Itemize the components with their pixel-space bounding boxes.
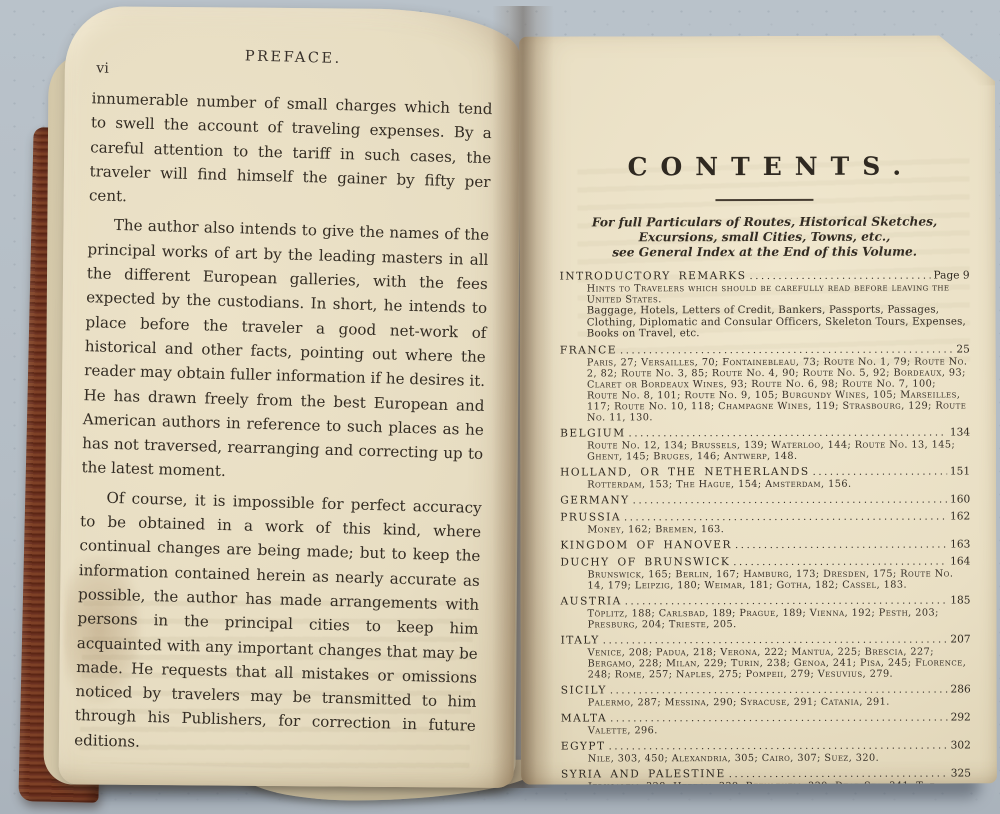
contents-title: CONTENTS. (559, 151, 969, 181)
toc-sub-entry: Rotterdam, 153; The Hague, 154; Amsterda… (560, 478, 970, 490)
preface-body: innumerable number of small charges whic… (74, 86, 493, 763)
preface-paragraph: innumerable number of small charges whic… (89, 86, 493, 218)
toc-dot-leader (610, 683, 948, 697)
toc-entry-title: AUSTRIA (560, 595, 621, 608)
toc-entry-title: INTRODUCTORY REMARKS (560, 270, 747, 283)
toc-entry-page-number: 151 (950, 465, 970, 478)
toc-entry-title: KINGDOM OF HANOVER (560, 539, 732, 552)
toc-entry-title: MALTA (561, 712, 607, 725)
toc-sub-entry: Paris, 27; Versailles, 70; Fontainebleau… (560, 356, 970, 423)
toc-dot-leader (633, 493, 947, 507)
preface-running-head: PREFACE. (93, 44, 494, 71)
toc-sub-entry: Hints to Travelers which should be caref… (560, 282, 970, 305)
preface-paragraph: Of course, it is impossible for perfect … (74, 485, 482, 763)
dog-ear-fold (937, 35, 995, 85)
toc-entry: GERMANY160 (560, 493, 970, 507)
toc-entry-page-number: Page 9 (933, 269, 969, 282)
toc-entry-page-number: 207 (950, 633, 970, 646)
toc-sub-entry: Venice, 208; Padua, 218; Verona, 222; Ma… (561, 646, 971, 680)
toc-dot-leader (603, 633, 948, 647)
toc-entry-page-number: 164 (950, 555, 970, 568)
contents-page: CONTENTS. For full Particulars of Routes… (519, 35, 997, 784)
toc-entry-row: FRANCE25 (560, 343, 970, 357)
toc-entry-row: DUCHY OF BRUNSWICK164 (560, 555, 970, 569)
toc-entry: AUSTRIA185Töplitz, 188; Carlsbad, 189; P… (560, 594, 970, 630)
toc-entry-row: EGYPT302 (561, 739, 971, 753)
toc-dot-leader (729, 767, 948, 781)
toc-dot-leader (609, 739, 948, 753)
toc-entry-page-number: 292 (951, 711, 971, 724)
preface-paragraph: The author also intends to give the name… (81, 213, 489, 491)
toc-entry-page-number: 162 (950, 510, 970, 523)
toc-entry-row: AUSTRIA185 (560, 594, 970, 608)
toc-entry: DUCHY OF BRUNSWICK164Brunswick, 165; Ber… (560, 555, 970, 591)
toc-entry: FRANCE25Paris, 27; Versailles, 70; Fonta… (560, 343, 970, 423)
contents-note-line2: see General Index at the End of this Vol… (612, 245, 917, 260)
toc-entry-row: BELGIUM134 (560, 426, 970, 440)
toc-dot-leader (610, 711, 947, 725)
toc-dot-leader (733, 555, 947, 569)
toc-entry-title: BELGIUM (560, 427, 626, 440)
toc-entry-page-number: 325 (951, 767, 971, 780)
toc-entry-title: EGYPT (561, 740, 606, 753)
toc-entry-title: ITALY (561, 634, 600, 647)
toc-entry-page-number: 160 (950, 493, 970, 506)
toc-entry-page-number: 134 (950, 426, 970, 439)
toc-entry-title: SYRIA AND PALESTINE (561, 768, 726, 781)
toc-entry: KINGDOM OF HANOVER163 (560, 538, 970, 552)
toc-entry-page-number: 302 (951, 739, 971, 752)
toc-dot-leader (620, 343, 953, 357)
toc-entry-page-number: 286 (950, 683, 970, 696)
toc-entry: INTRODUCTORY REMARKSPage 9Hints to Trave… (560, 269, 970, 340)
toc-entry-page-number: 163 (950, 538, 970, 551)
toc-entry: SICILY286Palermo, 287; Messina, 290; Syr… (561, 683, 971, 708)
toc-entry: ITALY207Venice, 208; Padua, 218; Verona,… (561, 633, 971, 680)
preface-text-block: PREFACE. vi innumerable number of small … (74, 44, 494, 768)
toc-sub-entry: Route No. 12, 134; Brussels, 139; Waterl… (560, 439, 970, 462)
toc-entry-row: SICILY286 (561, 683, 971, 697)
toc-sub-entry: Baggage, Hotels, Letters of Credit, Bank… (560, 304, 970, 340)
toc-entry-row: INTRODUCTORY REMARKSPage 9 (560, 269, 970, 283)
contents-note-line1: For full Particulars of Routes, Historic… (592, 215, 937, 245)
toc-dot-leader (749, 270, 930, 283)
toc-entry-title: DUCHY OF BRUNSWICK (560, 556, 730, 569)
toc-entry-row: PRUSSIA162 (560, 510, 970, 524)
toc-entry-row: KINGDOM OF HANOVER163 (560, 538, 970, 552)
toc-entry: EGYPT302Nile, 303, 450; Alexandria, 305;… (561, 739, 971, 764)
toc-entry-row: HOLLAND, OR THE NETHERLANDS151 (560, 465, 970, 479)
toc-sub-entry: Brunswick, 165; Berlin, 167; Hamburg, 17… (560, 568, 970, 591)
toc-sub-entry: Money, 162; Bremen, 163. (560, 523, 970, 535)
toc-entry-title: SICILY (561, 684, 607, 697)
toc-sub-entry: Palermo, 287; Messina, 290; Syracuse, 29… (561, 696, 971, 708)
toc-entry-title: GERMANY (560, 494, 629, 507)
toc-dot-leader (629, 426, 947, 440)
folio-number: vi (96, 60, 109, 76)
toc-sub-entry: Valette, 296. (561, 724, 971, 736)
toc-sub-entry: Nile, 303, 450; Alexandria, 305; Cairo, … (561, 752, 971, 764)
toc-sub-entry: Töplitz, 188; Carlsbad, 189; Prague, 189… (561, 607, 971, 630)
contents-text-block: CONTENTS. For full Particulars of Routes… (559, 151, 971, 814)
toc-entry-page-number: 25 (956, 343, 970, 356)
toc-entry-row: GERMANY160 (560, 493, 970, 507)
toc-entry: PRUSSIA162Money, 162; Bremen, 163. (560, 510, 970, 535)
contents-list: INTRODUCTORY REMARKSPage 9Hints to Trave… (560, 269, 971, 814)
toc-entry-page-number: 185 (950, 594, 970, 607)
preface-page: PREFACE. vi innumerable number of small … (59, 6, 521, 788)
toc-dot-leader (813, 465, 947, 478)
toc-dot-leader (625, 594, 948, 608)
toc-entry-title: HOLLAND, OR THE NETHERLANDS (560, 466, 809, 480)
toc-entry: MALTA292Valette, 296. (561, 711, 971, 736)
toc-entry-row: MALTA292 (561, 711, 971, 725)
title-rule (715, 199, 813, 201)
toc-entry: HOLLAND, OR THE NETHERLANDS151Rotterdam,… (560, 465, 970, 490)
toc-dot-leader (735, 538, 947, 552)
book-photo-scene: PREFACE. vi innumerable number of small … (0, 0, 1000, 814)
toc-entry-row: ITALY207 (561, 633, 971, 647)
toc-entry-row: SYRIA AND PALESTINE325 (561, 767, 971, 781)
toc-entry-title: FRANCE (560, 344, 617, 357)
toc-entry-title: PRUSSIA (560, 511, 621, 524)
contents-note: For full Particulars of Routes, Historic… (559, 214, 969, 260)
toc-dot-leader (624, 510, 947, 524)
toc-entry: BELGIUM134Route No. 12, 134; Brussels, 1… (560, 426, 970, 462)
